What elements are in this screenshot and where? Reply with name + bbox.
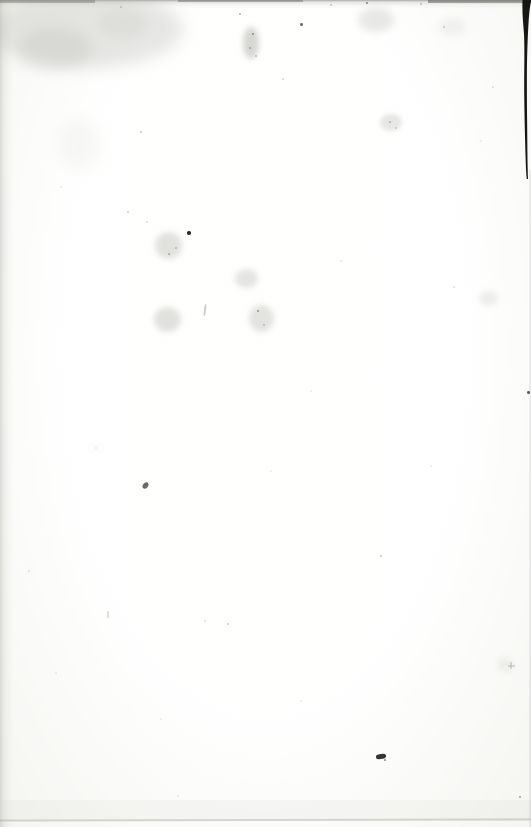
ink-speck	[60, 186, 62, 188]
ink-speck	[376, 753, 387, 759]
ink-speck	[249, 47, 251, 49]
stain	[98, 8, 146, 38]
ink-speck	[453, 286, 455, 288]
ink-speck	[203, 304, 207, 316]
ink-speck	[204, 620, 206, 622]
stain	[479, 291, 498, 306]
ink-speck	[384, 759, 386, 761]
ink-speck	[127, 211, 129, 213]
edge-shading-bar	[0, 0, 95, 3]
ink-speck	[28, 570, 30, 572]
stain	[0, 0, 183, 68]
book-edge-shadow-right	[517, 0, 531, 190]
ink-speck	[510, 662, 512, 669]
ink-speck	[175, 247, 177, 249]
stain	[235, 269, 258, 288]
artifact-layer	[0, 0, 531, 827]
stain	[155, 232, 182, 259]
ink-speck	[443, 26, 445, 28]
stain	[380, 114, 402, 131]
ink-speck	[492, 86, 494, 88]
ink-speck	[187, 231, 191, 235]
ink-speck	[282, 78, 284, 80]
book-edge-shadow-path	[522, 0, 531, 179]
ink-speck	[227, 623, 229, 625]
ink-speck	[395, 127, 397, 129]
ink-speck	[239, 13, 241, 15]
ink-speck	[120, 6, 122, 8]
ink-speck	[140, 131, 142, 133]
ink-speck	[420, 3, 422, 5]
edge-shading-bar	[428, 0, 531, 3]
stain	[249, 305, 274, 332]
ink-speck	[107, 611, 109, 618]
ink-speck	[160, 718, 162, 720]
scanned-blank-page	[0, 0, 531, 827]
ink-speck	[168, 253, 170, 255]
stain	[58, 118, 100, 170]
stain	[154, 307, 181, 332]
ink-speck	[310, 390, 312, 392]
ink-speck	[263, 324, 265, 326]
ink-speck	[300, 23, 303, 26]
ink-speck	[508, 665, 515, 667]
ink-speck	[366, 2, 368, 4]
ink-speck	[300, 700, 302, 702]
page-bottom-wash	[0, 800, 531, 819]
ink-speck	[141, 481, 149, 490]
stain	[358, 8, 394, 32]
ink-speck	[55, 672, 57, 674]
ink-speck	[257, 310, 259, 312]
ink-speck	[519, 796, 521, 798]
stain	[438, 18, 466, 36]
stain	[243, 27, 259, 59]
ink-speck	[252, 33, 254, 35]
ink-speck	[380, 555, 382, 557]
ink-speck	[177, 795, 179, 797]
ink-speck	[480, 140, 482, 142]
ink-speck	[330, 4, 332, 6]
edge-shading-bar	[178, 0, 303, 2]
ink-speck	[340, 260, 342, 262]
stain	[18, 28, 93, 70]
ink-speck	[270, 470, 272, 472]
ink-speck	[95, 447, 97, 449]
ink-speck	[527, 391, 530, 394]
ink-speck	[146, 221, 148, 223]
page-bottom-rule	[0, 818, 531, 821]
ink-speck	[255, 55, 257, 57]
ink-speck	[430, 465, 432, 467]
ink-speck	[389, 121, 391, 123]
stain	[497, 657, 514, 672]
